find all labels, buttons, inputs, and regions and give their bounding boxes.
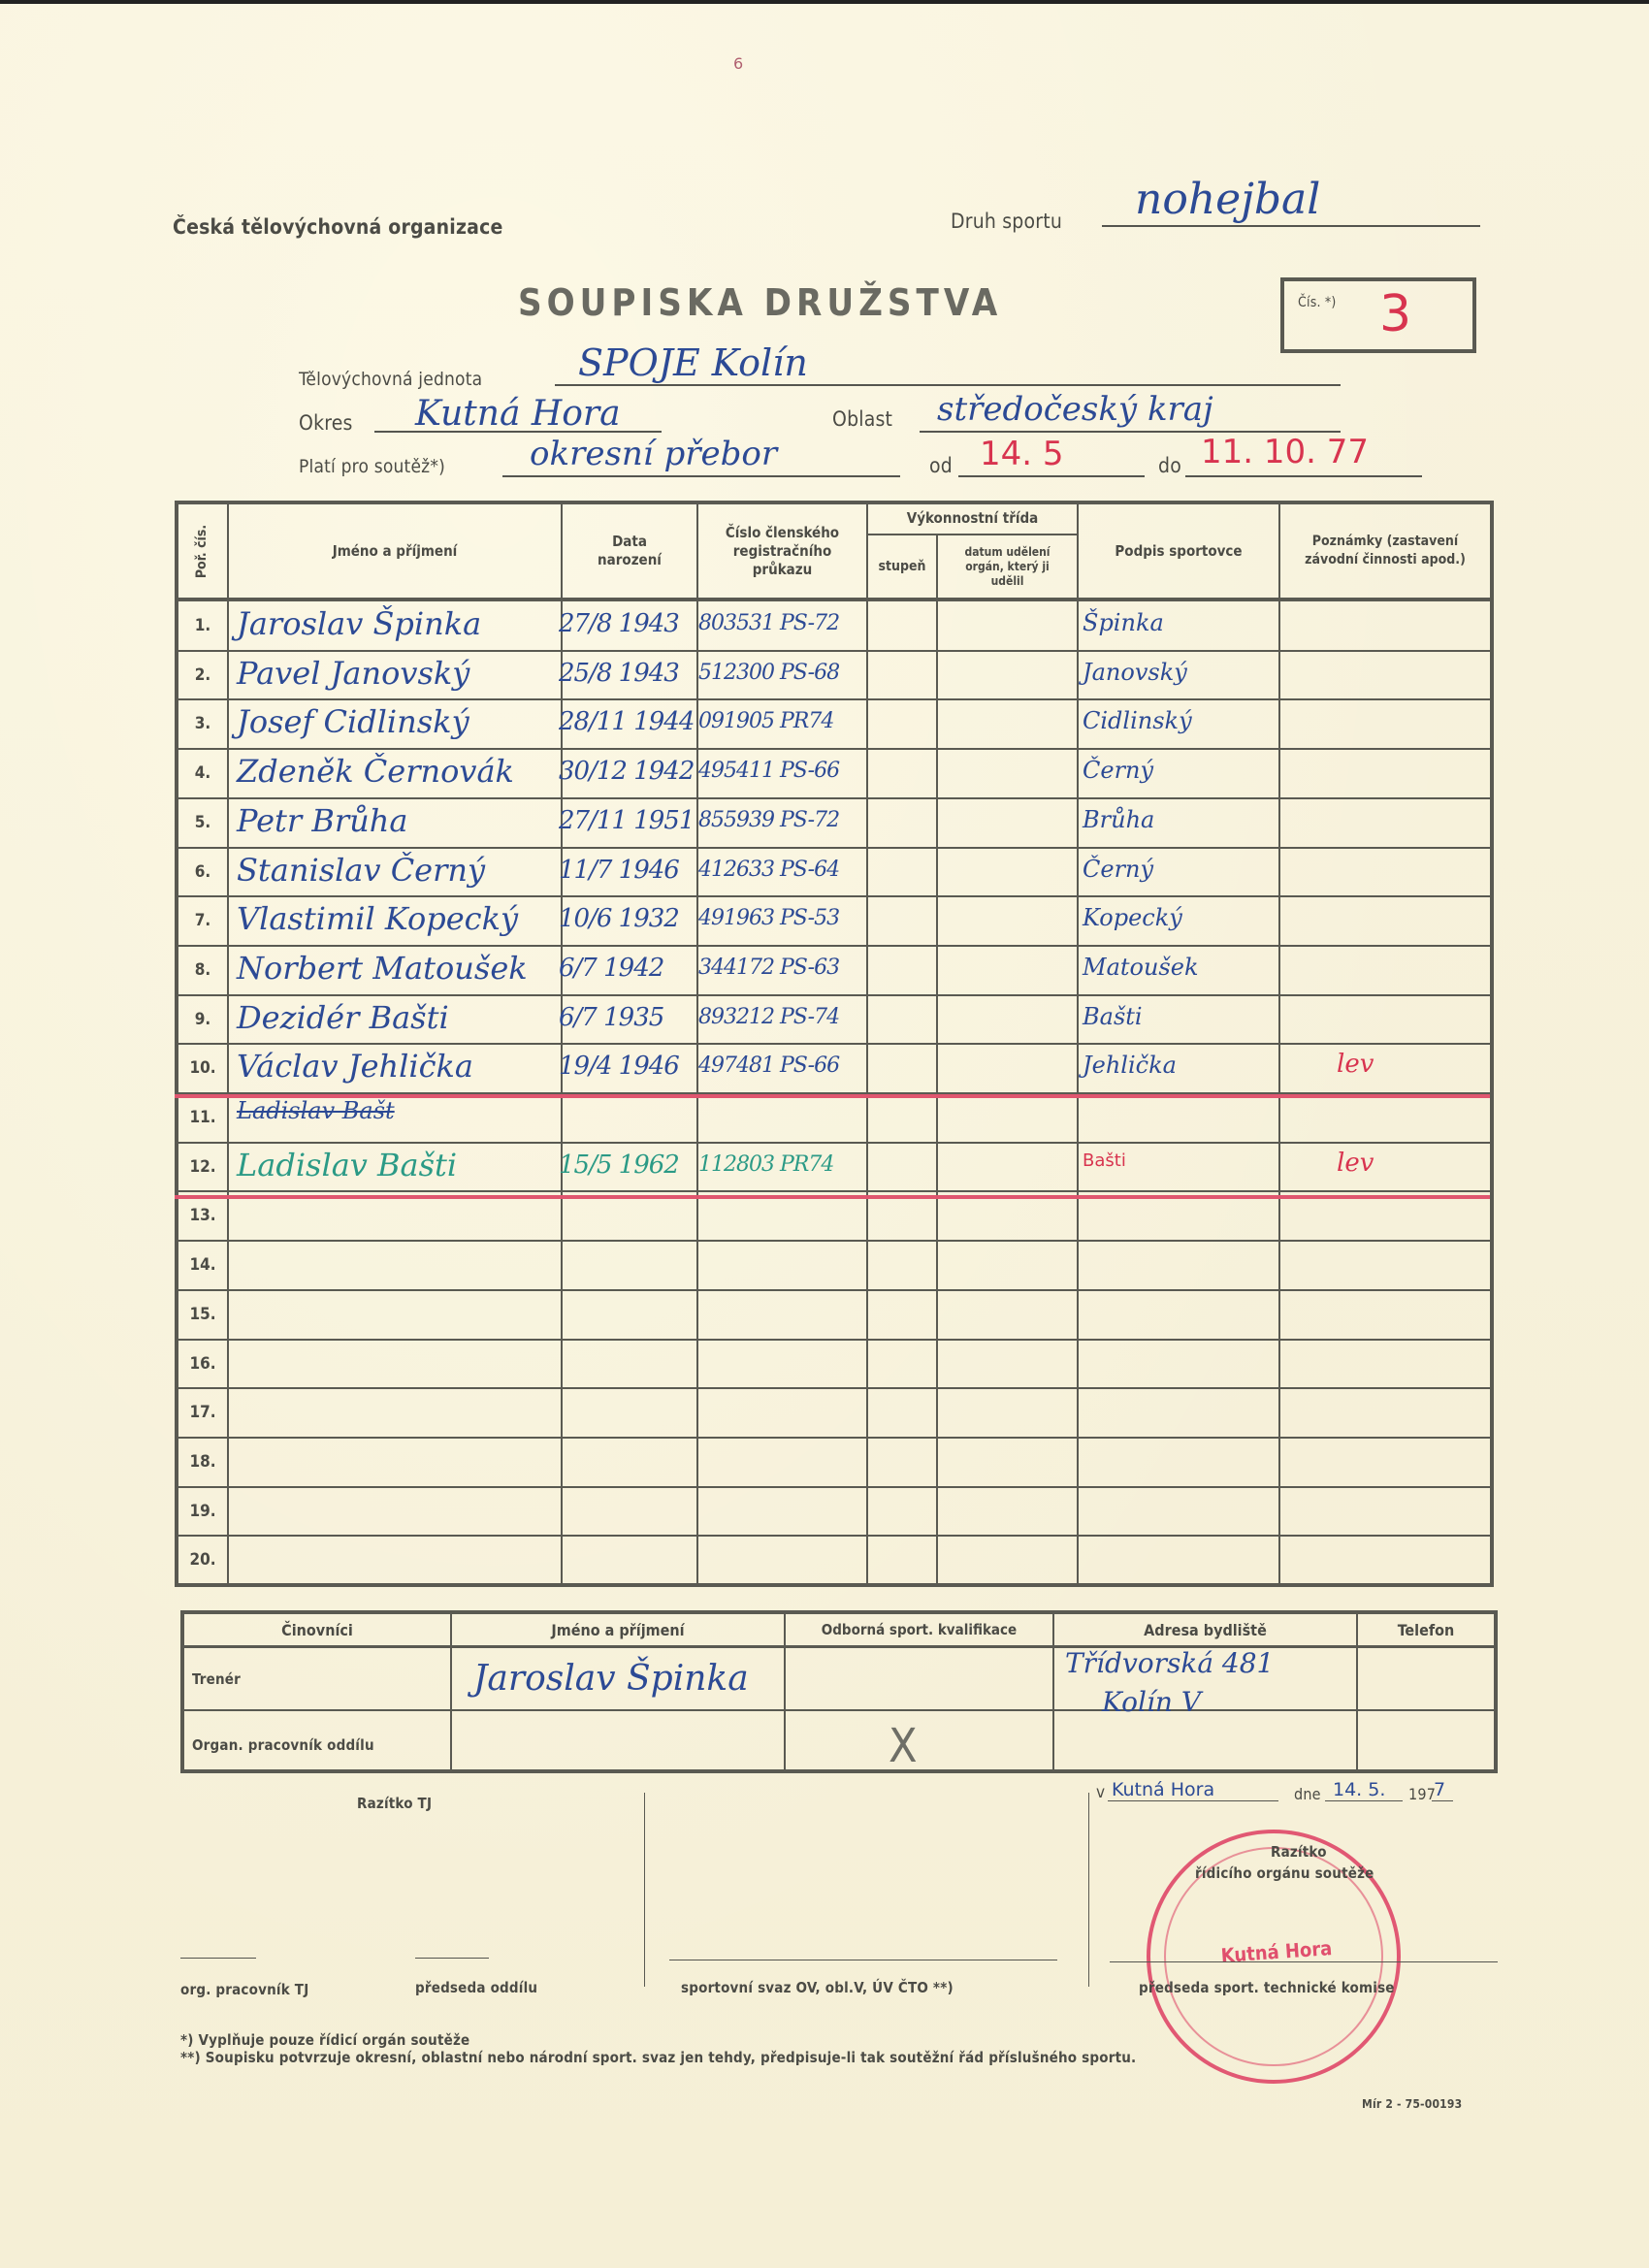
player-name[interactable]: Pavel Janovský [237,655,469,692]
row-number: 20. [178,1550,227,1570]
row-divider [178,698,1490,700]
competition-underline [502,475,900,477]
row-divider [178,1190,1490,1192]
player-name[interactable]: Stanislav Černý [237,852,485,889]
row-number: 9. [178,1010,227,1029]
player-name[interactable]: Vlastimil Kopecký [237,900,518,937]
row-number: 16. [178,1354,227,1374]
player-birth[interactable]: 6/7 1935 [559,1003,663,1032]
col-header-name: Jméno a příjmení [229,504,561,598]
player-name[interactable]: Jaroslav Špinka [237,605,481,642]
stamp-organ-label-1: Razítko [1271,1843,1327,1861]
region-label: Oblast [832,407,892,431]
off-qualification-cross: X [889,1719,918,1773]
sig-line [180,1958,256,1959]
row-divider [178,1535,1490,1537]
red-strike-line [175,1094,1490,1098]
player-signature[interactable]: Brůha [1083,806,1154,833]
player-birth[interactable]: 11/7 1946 [559,856,679,885]
player-name[interactable]: Petr Brůha [237,802,407,839]
col-header-notes: Poznámky (zastavení závodní činnosti apo… [1280,504,1490,598]
off-role-trainer: Trenér [192,1670,241,1688]
row-divider [178,1387,1490,1389]
row-divider [178,797,1490,799]
date-underline [1325,1800,1403,1801]
col-header-birth: Data narození [563,504,696,598]
row-divider [178,748,1490,750]
off-header-address: Adresa bydliště [1054,1614,1356,1645]
date-value[interactable]: 14. 5. [1333,1779,1385,1800]
player-name[interactable]: Zdeněk Černovák [237,753,514,790]
player-reg-number[interactable]: 495411 PS-66 [698,759,839,783]
competition-label: Platí pro soutěž*) [299,456,445,477]
stamp-organ-label-2: řídicího orgánu soutěže [1195,1864,1374,1882]
player-signature[interactable]: Špinka [1083,609,1164,636]
player-signature[interactable]: Bašti [1083,1003,1143,1030]
row-number: 7. [178,911,227,930]
player-birth[interactable]: 25/8 1943 [559,659,679,688]
row-divider [178,1289,1490,1291]
document-page: 6 Česká tělovýchovná organizace Druh spo… [0,0,1649,2268]
row-number: 14. [178,1255,227,1275]
row-number: 4. [178,763,227,783]
player-birth[interactable]: 19/4 1946 [559,1052,679,1081]
player-birth[interactable]: 15/5 1962 [559,1150,679,1180]
sig-chairman: předseda oddílu [415,1979,537,1996]
player-name[interactable]: Václav Jehlička [237,1048,473,1085]
col-header-signature: Podpis sportovce [1079,504,1278,598]
scan-edge [0,0,1649,4]
row-divider [178,945,1490,947]
sig-line [415,1958,489,1959]
to-label: do [1158,454,1181,477]
player-signature[interactable]: Kopecký [1083,904,1182,931]
page-title: SOUPISKA DRUŽSTVA [518,281,1002,324]
player-name[interactable]: Dezidér Bašti [237,999,449,1036]
row-number: 17. [178,1403,227,1422]
sig-union: sportovní svaz OV, obl.V, ÚV ČTO **) [681,1979,954,1996]
unit-label: Tělovýchovná jednota [299,369,482,390]
player-reg-number[interactable]: 497481 PS-66 [698,1053,839,1078]
row-number: 5. [178,813,227,832]
player-birth[interactable]: 27/8 1943 [559,609,679,638]
year-suffix[interactable]: 7 [1434,1779,1445,1800]
to-value[interactable]: 11. 10. 77 [1201,433,1369,471]
row-number: 2. [178,665,227,685]
player-name[interactable]: Ladislav Bašt [237,1097,395,1124]
unit-underline [555,384,1341,386]
row-number: 19. [178,1502,227,1521]
row-divider [178,1142,1490,1144]
district-label: Okres [299,411,353,435]
player-birth[interactable]: 6/7 1942 [559,954,663,983]
sig-line [669,1960,1057,1960]
row-divider [178,895,1490,897]
player-reg-number[interactable]: 344172 PS-63 [698,956,839,980]
page-mark: 6 [733,54,743,73]
form-code: Mír 2 - 75-00193 [1362,2097,1462,2111]
footer-divider [1088,1793,1089,1987]
date-prefix: dne [1294,1785,1321,1803]
col-header-class-date: datum udělení orgán, který ji udělil [938,535,1077,598]
officials-row-divider [180,1709,1498,1711]
player-reg-number[interactable]: 491963 PS-53 [698,906,839,930]
place-underline [1108,1800,1278,1801]
footnote-1: *) Vyplňuje pouze řídicí orgán soutěže [180,2031,469,2049]
region-value[interactable]: středočeský kraj [937,390,1213,429]
from-underline [958,475,1145,477]
col-header-class: Výkonnostní třída [868,502,1077,534]
player-name[interactable]: Norbert Matoušek [237,950,528,987]
row-number: 11. [178,1108,227,1127]
sig-org-worker: org. pracovník TJ [180,1981,308,1998]
sig-line [1110,1961,1498,1962]
place-prefix: v [1096,1783,1105,1802]
number-label: Čís. *) [1298,295,1336,310]
row-number: 8. [178,960,227,980]
off-header-phone: Telefon [1358,1614,1494,1645]
off-header-name: Jméno a příjmení [452,1614,784,1645]
row-divider [178,1240,1490,1242]
row-number: 1. [178,616,227,635]
row-divider [178,1437,1490,1439]
number-value[interactable]: 3 [1379,285,1411,343]
row-divider [178,1043,1490,1045]
unit-value[interactable]: SPOJE Kolín [578,341,808,384]
sig-commission: předseda sport. technické komise [1139,1979,1395,1996]
from-label: od [929,454,953,477]
col-header-order: Poř. čís. [178,504,227,598]
off-trainer-address-2[interactable]: Kolín V [1102,1686,1201,1718]
player-birth[interactable]: 28/11 1944 [559,707,694,736]
player-birth[interactable]: 30/12 1942 [559,757,694,786]
sport-label: Druh sportu [951,210,1062,233]
player-signature[interactable]: Jehlička [1083,1052,1177,1079]
officials-header-divider [180,1645,1498,1648]
player-signature[interactable]: Cidlinský [1083,707,1192,734]
row-divider [178,994,1490,996]
player-signature[interactable]: Matoušek [1083,954,1199,981]
number-box: Čís. *) 3 [1280,277,1476,353]
player-birth[interactable]: 27/11 1951 [559,806,694,835]
player-reg-number[interactable]: 803531 PS-72 [698,611,839,635]
col-header-class-level: stupeň [868,535,936,598]
col-divider [936,535,938,1587]
district-value[interactable]: Kutná Hora [415,394,621,434]
to-underline [1185,475,1422,477]
year-underline [1432,1800,1453,1801]
competition-value[interactable]: okresní přebor [530,435,777,473]
row-number: 12. [178,1157,227,1177]
stamp-tj-label: Razítko TJ [357,1795,432,1812]
player-reg-number[interactable]: 412633 PS-64 [698,858,839,882]
off-role-organizer: Organ. pracovník oddílu [192,1736,374,1754]
from-value[interactable]: 14. 5 [980,435,1064,473]
player-signature[interactable]: Bašti [1083,1150,1126,1171]
player-birth[interactable]: 10/6 1932 [559,904,679,933]
row-number: 6. [178,862,227,882]
player-notes[interactable]: lev [1337,1050,1374,1079]
organization-name: Česká tělovýchovná organizace [173,215,503,239]
off-trainer-address-1[interactable]: Třídvorská 481 [1065,1647,1274,1679]
off-trainer-name[interactable]: Jaroslav Špinka [473,1659,749,1699]
off-header-qualification: Odborná sport. kvalifikace [786,1614,1052,1645]
row-divider [178,847,1490,849]
player-reg-number[interactable]: 112803 PR74 [698,1152,833,1177]
player-name[interactable]: Josef Cidlinský [237,703,469,740]
player-reg-number[interactable]: 091905 PR74 [698,709,833,733]
row-number: 13. [178,1206,227,1225]
player-signature[interactable]: Černý [1083,757,1153,784]
player-signature[interactable]: Černý [1083,856,1153,883]
player-notes[interactable]: lev [1337,1149,1374,1178]
place-value[interactable]: Kutná Hora [1112,1779,1214,1800]
off-header-role: Činovníci [184,1614,450,1645]
sport-value[interactable]: nohejbal [1135,175,1320,224]
row-number: 15. [178,1305,227,1324]
player-reg-number[interactable]: 855939 PS-72 [698,808,839,832]
footer-divider [644,1793,645,1987]
row-divider [178,650,1490,652]
player-reg-number[interactable]: 893212 PS-74 [698,1005,839,1029]
sport-underline [1102,225,1480,227]
roster-header-divider [175,598,1494,601]
row-number: 18. [178,1452,227,1472]
row-number: 10. [178,1058,227,1078]
col-header-order-label: Poř. čís. [194,524,212,577]
player-signature[interactable]: Janovský [1083,659,1187,686]
player-name[interactable]: Ladislav Bašti [237,1147,457,1183]
footnote-2: **) Soupisku potvrzuje okresní, oblastní… [180,2049,1136,2066]
player-reg-number[interactable]: 512300 PS-68 [698,661,839,685]
row-divider [178,1339,1490,1341]
col-header-reg: Číslo členského registračního průkazu [698,504,866,598]
red-strike-line [175,1195,1490,1199]
row-divider [178,1486,1490,1488]
row-number: 3. [178,714,227,733]
